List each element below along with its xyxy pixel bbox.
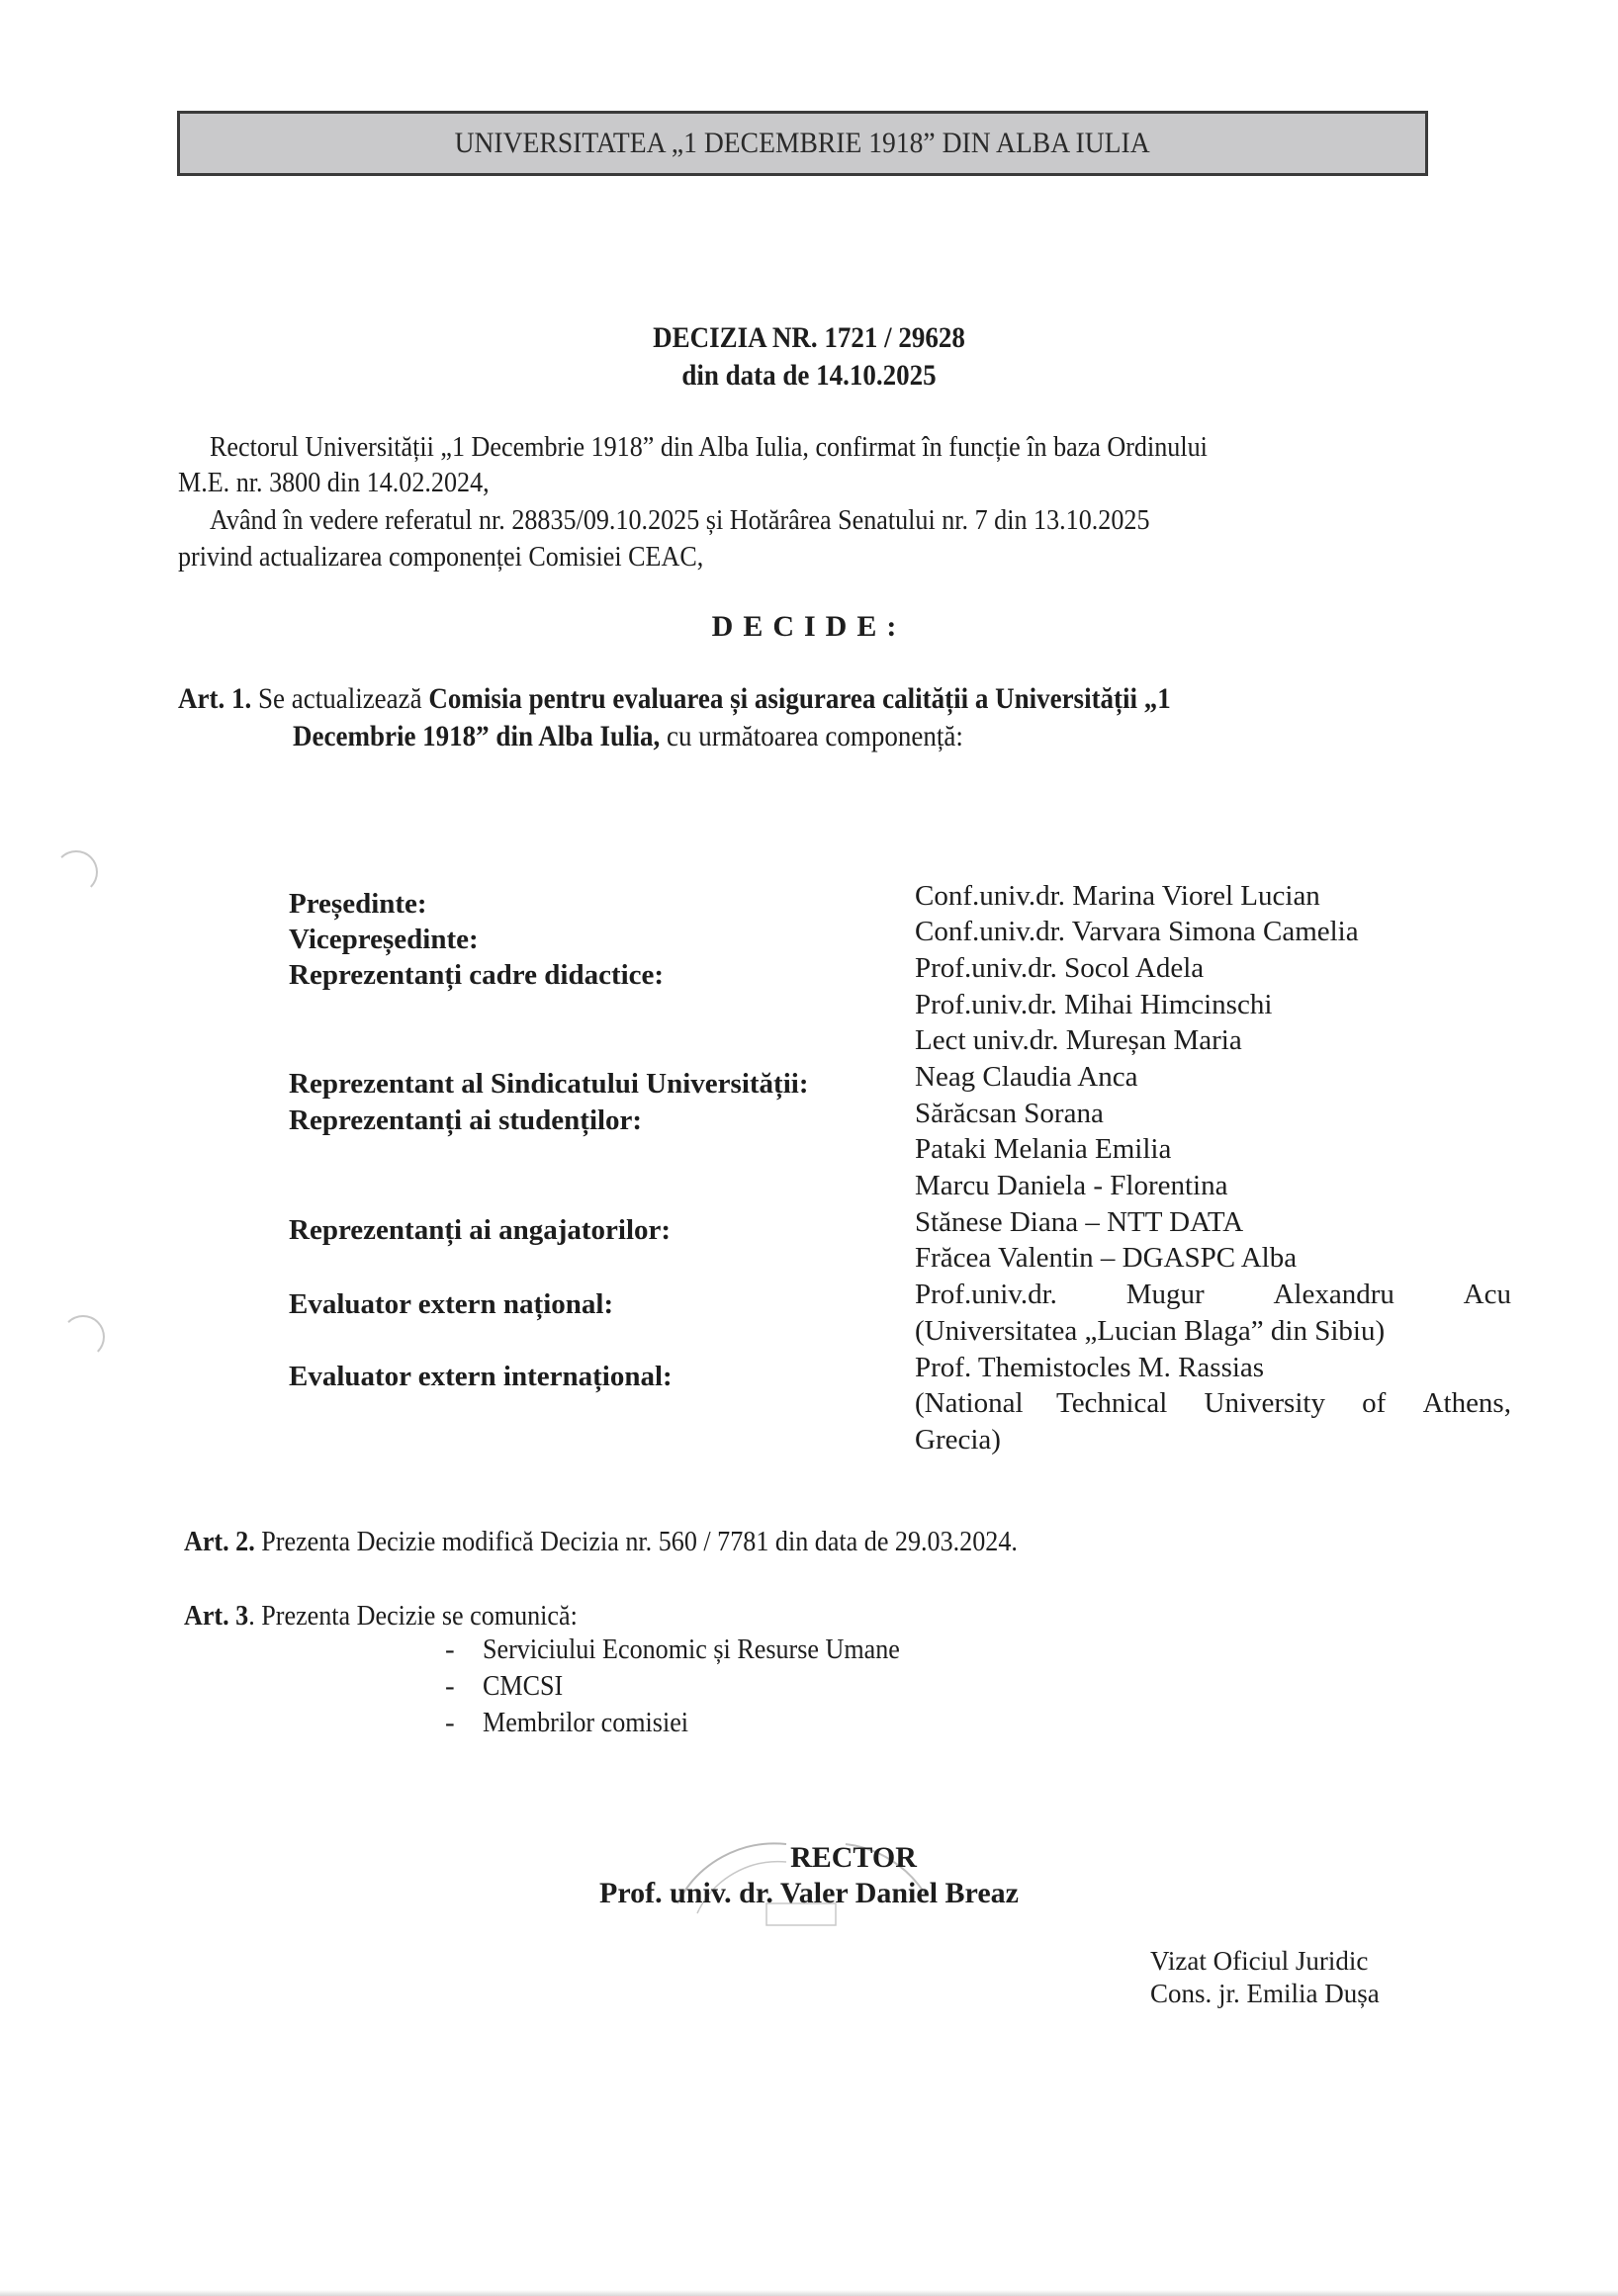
member-student-1: Sărăcsan Sorana: [915, 1098, 1104, 1130]
signatory-name: Prof. univ. dr. Valer Daniel Breaz: [0, 1877, 1618, 1910]
recipient-item: -Serviciului Economic și Resurse Umane: [445, 1634, 946, 1666]
article-1-label: Art. 1.: [178, 682, 251, 715]
article-2: Art. 2. Prezenta Decizie modifică Decizi…: [184, 1526, 1111, 1558]
international-evaluator-affiliation: (National Technical University of Athens…: [915, 1387, 1511, 1420]
international-evaluator-name: Prof. Themistocles M. Rassias: [915, 1352, 1264, 1384]
member-teaching-staff-3: Lect univ.dr. Mureșan Maria: [915, 1024, 1242, 1057]
article-1: Art. 1. Se actualizează Comisia pentru e…: [178, 680, 1523, 755]
scan-bottom-edge: [0, 2290, 1618, 2296]
preamble-line-3: Având în vedere referatul nr. 28835/09.1…: [210, 502, 1254, 538]
role-teaching-staff-representatives: Reprezentanți cadre didactice:: [289, 959, 664, 992]
article-1-text-suffix: cu următoarea componență:: [667, 720, 963, 752]
member-teaching-staff-1: Prof.univ.dr. Socol Adela: [915, 952, 1204, 985]
punch-hole-mark-icon: [61, 1315, 105, 1359]
role-vice-president: Vicepreședinte:: [289, 924, 479, 956]
role-employer-representatives: Reprezentanți ai angajatorilor:: [289, 1214, 671, 1247]
international-evaluator-country: Grecia): [915, 1424, 1001, 1457]
member-employer-1: Stănese Diana – NTT DATA: [915, 1206, 1243, 1239]
role-international-external-evaluator: Evaluator extern internațional:: [289, 1361, 673, 1393]
role-union-representative: Reprezentant al Sindicatului Universităț…: [289, 1068, 808, 1101]
role-president: Președinte:: [289, 888, 427, 921]
legal-visa-line-1: Vizat Oficiul Juridic: [1150, 1946, 1368, 1977]
preamble-line-4: privind actualizarea componenței Comisie…: [178, 539, 762, 574]
preamble-line-1: Rectorul Universității „1 Decembrie 1918…: [210, 429, 1318, 465]
institution-name: UNIVERSITATEA „1 DECEMBRIE 1918” DIN ALB…: [455, 127, 1150, 160]
member-student-3: Marcu Daniela - Florentina: [915, 1170, 1227, 1202]
legal-visa-line-2: Cons. jr. Emilia Dușa: [1150, 1979, 1380, 2009]
member-employer-2: Frăcea Valentin – DGASPC Alba: [915, 1242, 1297, 1275]
national-evaluator-name: Prof.univ.dr. Mugur Alexandru Acu: [915, 1279, 1511, 1311]
article-1-text-prefix: Se actualizează: [258, 682, 422, 715]
article-3-label: Art. 3: [184, 1600, 248, 1632]
institution-header: UNIVERSITATEA „1 DECEMBRIE 1918” DIN ALB…: [177, 111, 1428, 176]
member-president: Conf.univ.dr. Marina Viorel Lucian: [915, 880, 1320, 913]
signatory-title: RECTOR: [0, 1841, 1618, 1875]
recipient-item: -CMCSI: [445, 1670, 572, 1703]
punch-hole-mark-icon: [54, 850, 98, 894]
recipient-item: -Membrilor comisiei: [445, 1707, 711, 1739]
decision-date: din data de 14.10.2025: [81, 359, 1537, 393]
article-3: Art. 3. Prezenta Decizie se comunică:: [184, 1600, 621, 1633]
role-student-representatives: Reprezentanți ai studenților:: [289, 1104, 642, 1137]
commission-name-part-1: Comisia pentru evaluarea și asigurarea c…: [428, 682, 1170, 715]
member-union-representative: Neag Claudia Anca: [915, 1061, 1137, 1094]
member-vice-president: Conf.univ.dr. Varvara Simona Camelia: [915, 916, 1359, 948]
member-teaching-staff-2: Prof.univ.dr. Mihai Himcinschi: [915, 989, 1272, 1021]
role-national-external-evaluator: Evaluator extern național:: [289, 1288, 613, 1321]
national-evaluator-affiliation: (Universitatea „Lucian Blaga” din Sibiu): [915, 1315, 1385, 1348]
decide-heading: DECIDE:: [0, 610, 1618, 644]
article-2-label: Art. 2.: [184, 1526, 255, 1557]
decision-number: DECIZIA NR. 1721 / 29628: [81, 321, 1537, 355]
commission-name-part-2: Decembrie 1918” din Alba Iulia,: [293, 720, 660, 752]
article-2-text: Prezenta Decizie modifică Decizia nr. 56…: [261, 1526, 1018, 1557]
article-3-text: . Prezenta Decizie se comunică:: [248, 1600, 578, 1632]
preamble-line-2: M.E. nr. 3800 din 14.02.2024,: [178, 465, 524, 500]
member-student-2: Pataki Melania Emilia: [915, 1133, 1171, 1166]
